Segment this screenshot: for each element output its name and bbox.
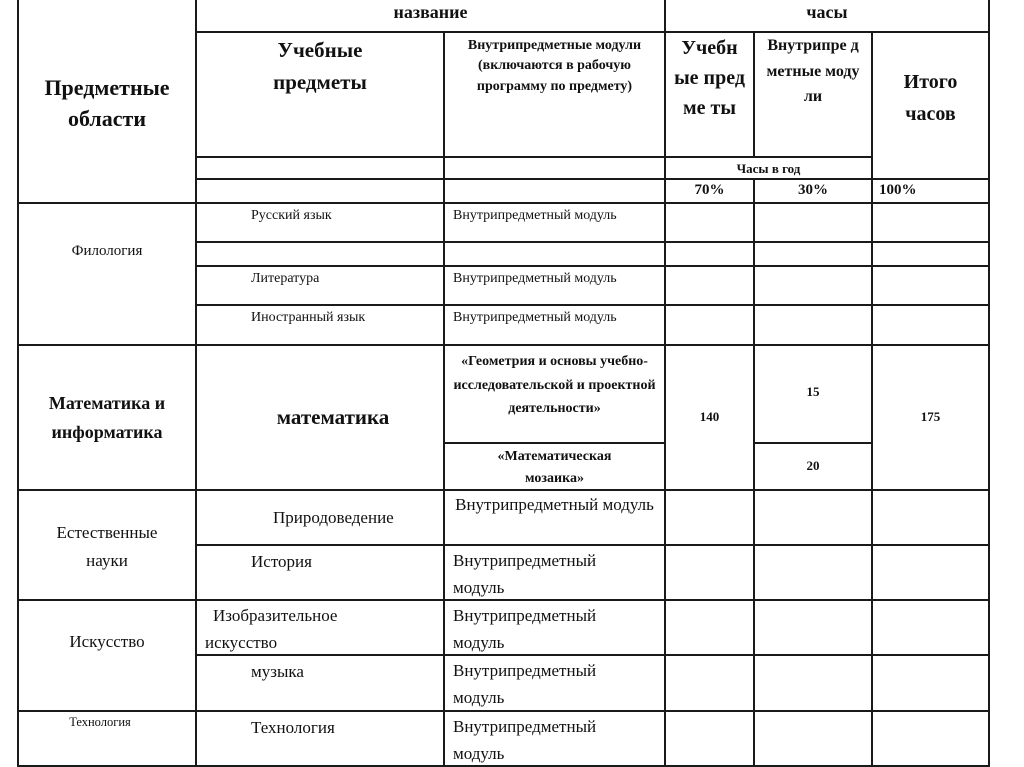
area-philology: Филология: [17, 202, 197, 346]
header-subjects: Учебные предметы: [195, 31, 445, 158]
module-cell: Внутрипредметный модуль: [443, 202, 666, 243]
subject-cell: Русский язык: [195, 202, 445, 243]
subject-text: Изобразительное искусство: [197, 601, 385, 656]
module-text: Внутрипредметный модуль: [445, 267, 617, 289]
hours-module-mosaic: 20: [753, 442, 873, 491]
header-blank-2b: [443, 178, 666, 204]
hours-module-cell: [753, 710, 873, 767]
header-subject-areas: Предметные области: [17, 0, 197, 204]
header-name-group-text: название: [393, 0, 467, 31]
subject-cell: История: [195, 544, 445, 601]
hours-module-cell: [753, 544, 873, 601]
total-cell: [871, 710, 990, 767]
total-cell: [871, 654, 990, 712]
subject-text: Иностранный язык: [197, 306, 365, 328]
curriculum-table: Предметные области название часы Учебные…: [0, 0, 1024, 767]
total-math-value: 175: [921, 409, 941, 425]
hours-subject-cell: [664, 544, 755, 601]
total-cell: [871, 241, 990, 267]
subject-cell: Литература: [195, 265, 445, 306]
header-modules-text: Внутрипредметные модули (включаются в ра…: [457, 33, 653, 97]
module-text: Внутрипредметный модуль: [445, 601, 628, 656]
header-total-hours: Итого часов: [871, 31, 990, 180]
total-cell: [871, 265, 990, 306]
header-pct-subjects: 70%: [664, 178, 755, 204]
header-hours-group: часы: [664, 0, 990, 33]
area-arts: Искусство: [17, 599, 197, 712]
module-cell: Внутрипредметный модуль: [443, 710, 666, 767]
module-cell: Внутрипредметный модуль: [443, 265, 666, 306]
hours-subject-cell: [664, 710, 755, 767]
header-hours-per-year-text: Часы в год: [737, 159, 801, 177]
module-geometry: «Геометрия и основы учебно-исследователь…: [443, 344, 666, 444]
total-math: 175: [871, 344, 990, 491]
header-hours-subjects: Учебн ые предме ты: [664, 31, 755, 158]
subject-math: математика: [195, 344, 445, 491]
hours-subject-cell: [664, 304, 755, 346]
area-math-text: Математика и информатика: [27, 389, 187, 447]
total-cell: [871, 202, 990, 243]
area-natural-sciences: Естественные науки: [17, 489, 197, 601]
module-cell: Внутрипредметный модуль: [443, 489, 666, 546]
subject-cell: Иностранный язык: [195, 304, 445, 346]
hours-module-cell: [753, 304, 873, 346]
pct-subjects-text: 70%: [695, 179, 725, 202]
header-hours-modules: Внутрипре дметные модули: [753, 31, 873, 158]
header-name-group: название: [195, 0, 666, 33]
module-geometry-text: «Геометрия и основы учебно-исследователь…: [447, 346, 662, 421]
module-text: Внутрипредметный модуль: [445, 656, 628, 711]
module-mosaic-text: «Математическая мозаика»: [470, 444, 640, 491]
subject-text: Литература: [197, 267, 319, 289]
subject-cell: Природоведение: [195, 489, 445, 546]
module-mosaic: «Математическая мозаика»: [443, 442, 666, 491]
module-cell: [443, 241, 666, 267]
header-hours-subjects-text: Учебн ые предме ты: [674, 33, 746, 123]
header-pct-total: 100%: [871, 178, 990, 204]
module-text: Внутрипредметный модуль: [445, 546, 628, 601]
module-cell: Внутрипредметный модуль: [443, 599, 666, 656]
header-blank-1b: [443, 156, 666, 180]
area-technology: Технология: [17, 710, 197, 767]
header-hours-group-text: часы: [806, 0, 847, 31]
hours-module-cell: [753, 265, 873, 306]
pct-total-text: 100%: [873, 179, 917, 202]
module-cell: Внутрипредметный модуль: [443, 544, 666, 601]
subject-cell: Изобразительное искусство: [195, 599, 445, 656]
subject-cell: музыка: [195, 654, 445, 712]
hours-subject-cell: [664, 265, 755, 306]
subject-text: музыка: [197, 656, 304, 685]
total-cell: [871, 544, 990, 601]
header-subjects-text: Учебные предметы: [255, 33, 385, 98]
header-hours-modules-text: Внутрипре дметные модули: [763, 33, 863, 110]
total-cell: [871, 489, 990, 546]
header-pct-modules: 30%: [753, 178, 873, 204]
header-blank-1a: [195, 156, 445, 180]
area-arts-text: Искусство: [69, 628, 144, 683]
hours-subject-cell: [664, 241, 755, 267]
hours-module-cell: [753, 489, 873, 546]
subject-text: Русский язык: [197, 204, 332, 226]
module-cell: Внутрипредметный модуль: [443, 304, 666, 346]
module-cell: Внутрипредметный модуль: [443, 654, 666, 712]
area-natural-text: Естественные науки: [42, 515, 172, 575]
hours-module-mosaic-value: 20: [807, 458, 820, 474]
hours-subject-cell: [664, 489, 755, 546]
hours-module-cell: [753, 599, 873, 656]
hours-module-cell: [753, 241, 873, 267]
pct-modules-text: 30%: [798, 179, 828, 202]
area-technology-text: Технология: [69, 712, 145, 731]
module-text: Внутрипредметный модуль: [445, 306, 617, 328]
module-text: Внутрипредметный модуль: [445, 712, 628, 767]
hours-subject-math: 140: [664, 344, 755, 491]
hours-module-cell: [753, 202, 873, 243]
module-text: Внутрипредметный модуль: [455, 491, 655, 518]
hours-subject-math-value: 140: [700, 409, 720, 425]
header-total-hours-text: Итого часов: [896, 66, 966, 146]
hours-module-geometry-value: 15: [807, 384, 820, 403]
subject-text: История: [197, 546, 312, 575]
header-hours-per-year: Часы в год: [664, 156, 873, 180]
hours-subject-cell: [664, 654, 755, 712]
hours-subject-cell: [664, 202, 755, 243]
header-subject-areas-text: Предметные области: [32, 67, 182, 135]
subject-math-text: математика: [251, 402, 390, 434]
hours-module-cell: [753, 654, 873, 712]
header-blank-2a: [195, 178, 445, 204]
subject-cell: Технология: [195, 710, 445, 767]
subject-text: Технология: [197, 712, 335, 741]
area-philology-text: Филология: [72, 240, 143, 307]
total-cell: [871, 304, 990, 346]
hours-subject-cell: [664, 599, 755, 656]
hours-module-geometry: 15: [753, 344, 873, 444]
module-text: Внутрипредметный модуль: [445, 204, 617, 226]
area-math-informatics: Математика и информатика: [17, 344, 197, 491]
header-modules: Внутрипредметные модули (включаются в ра…: [443, 31, 666, 158]
subject-cell: [195, 241, 445, 267]
total-cell: [871, 599, 990, 656]
subject-text: Природоведение: [197, 504, 394, 531]
